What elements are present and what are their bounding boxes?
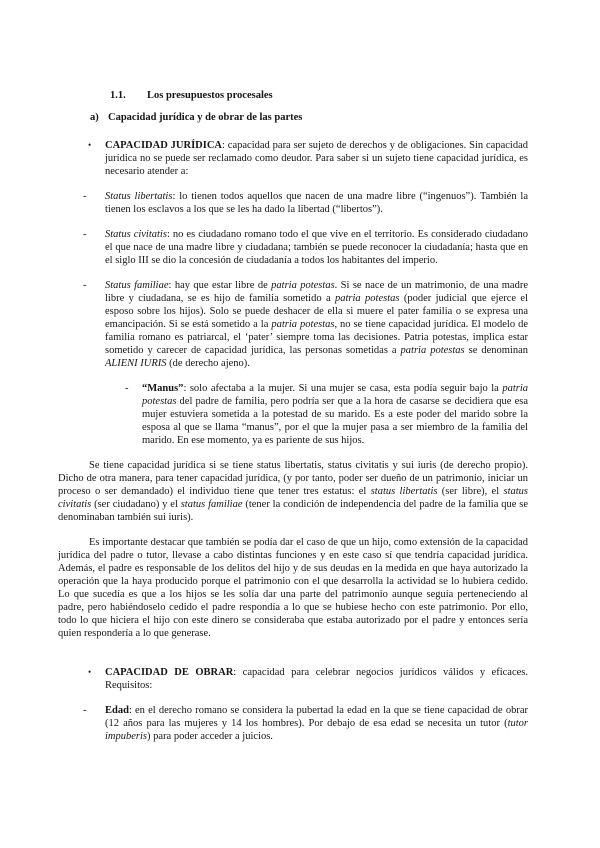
list-item-text: CAPACIDAD DE OBRAR: capacidad para celeb… (105, 667, 528, 691)
list-item-text: Status familiae: hay que estar libre de … (105, 280, 528, 369)
list-item-text: Status libertatis: lo tienen todos aquel… (105, 191, 528, 215)
document-page: 1.1.Los presupuestos procesales a)Capaci… (0, 0, 600, 848)
dash-icon: - (83, 190, 87, 203)
list-item-capacidad-juridica: • CAPACIDAD JURÍDICA: capacidad para ser… (58, 139, 528, 178)
list-item-text: Edad: en el derecho romano se considera … (105, 705, 528, 742)
list-item-text: CAPACIDAD JURÍDICA: capacidad para ser s… (105, 140, 528, 177)
section-heading: 1.1.Los presupuestos procesales (110, 89, 528, 102)
list-item-status-familiae: - Status familiae: hay que estar libre d… (58, 279, 528, 370)
list-item-text: Status civitatis: no es ciudadano romano… (105, 229, 528, 266)
dash-icon: - (83, 228, 87, 241)
subsection-heading: a)Capacidad jurídica y de obrar de las p… (90, 111, 528, 124)
bullet-icon: • (88, 139, 91, 152)
bullet-icon: • (88, 666, 91, 679)
section-title: Los presupuestos procesales (147, 90, 273, 101)
subsection-marker: a) (90, 111, 108, 124)
list-item-status-libertatis: - Status libertatis: lo tienen todos aqu… (58, 190, 528, 216)
list-item-capacidad-de-obrar: • CAPACIDAD DE OBRAR: capacidad para cel… (58, 666, 528, 692)
list-item-status-civitatis: - Status civitatis: no es ciudadano roma… (58, 228, 528, 267)
dash-icon: - (83, 279, 87, 292)
list-item-manus: - “Manus”: solo afectaba a la mujer. Si … (58, 382, 528, 447)
paragraph-text: Es importante destacar que también se po… (58, 537, 528, 639)
section-number: 1.1. (110, 89, 147, 102)
list-item-edad: - Edad: en el derecho romano se consider… (58, 704, 528, 743)
paragraph-status-summary: Se tiene capacidad jurídica si se tiene … (58, 459, 528, 524)
paragraph-text: Se tiene capacidad jurídica si se tiene … (58, 460, 528, 523)
subsection-title: Capacidad jurídica y de obrar de las par… (108, 112, 302, 123)
list-item-text: “Manus”: solo afectaba a la mujer. Si un… (142, 383, 528, 446)
dash-icon: - (83, 704, 87, 717)
dash-icon: - (125, 382, 129, 395)
paragraph-hijo-extension: Es importante destacar que también se po… (58, 536, 528, 640)
